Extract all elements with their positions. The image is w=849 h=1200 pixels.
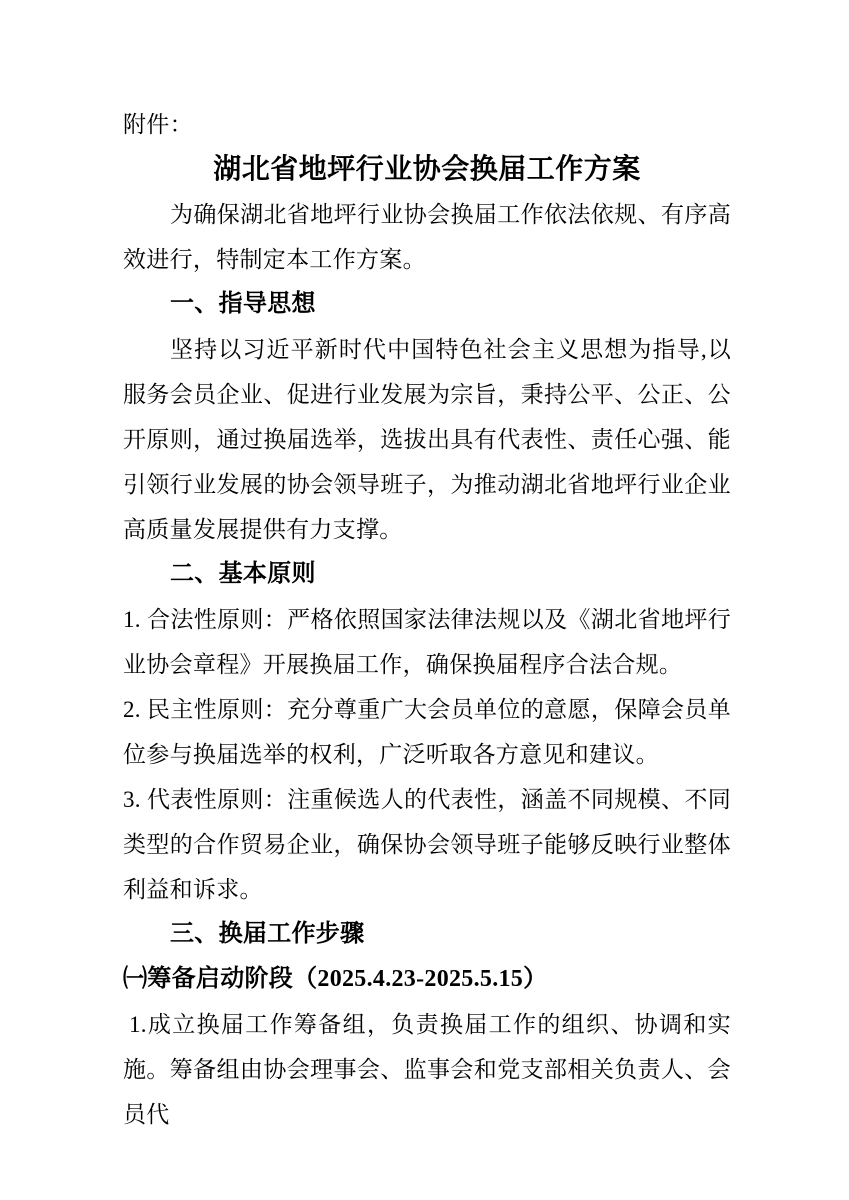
intro-paragraph: 为确保湖北省地坪行业协会换届工作依法依规、有序高效进行，特制定本工作方案。 <box>123 192 731 282</box>
document-title: 湖北省地坪行业协会换届工作方案 <box>123 147 731 192</box>
attachment-label: 附件： <box>123 102 731 147</box>
principle-item-representativeness: 3. 代表性原则：注重候选人的代表性，涵盖不同规模、不同类型的合作贸易企业，确保… <box>123 777 731 912</box>
paragraph-guiding-ideology: 坚持以习近平新时代中国特色社会主义思想为指导,以服务会员企业、促进行业发展为宗旨… <box>123 327 731 552</box>
heading-work-steps: 三、换届工作步骤 <box>123 912 731 957</box>
principle-item-legality: 1. 合法性原则：严格依照国家法律法规以及《湖北省地坪行业协会章程》开展换届工作… <box>123 597 731 687</box>
principle-item-democracy: 2. 民主性原则：充分尊重广大会员单位的意愿，保障会员单位参与换届选举的权利，广… <box>123 687 731 777</box>
document-page: 附件： 湖北省地坪行业协会换届工作方案 为确保湖北省地坪行业协会换届工作依法依规… <box>0 0 849 1200</box>
subheading-preparation-phase: ㈠筹备启动阶段（2025.4.23-2025.5.15） <box>123 957 731 1002</box>
heading-guiding-ideology: 一、指导思想 <box>123 282 731 327</box>
paragraph-preparation-step-1: 1.成立换届工作筹备组，负责换届工作的组织、协调和实施。筹备组由协会理事会、监事… <box>123 1002 731 1137</box>
document-content: 附件： 湖北省地坪行业协会换届工作方案 为确保湖北省地坪行业协会换届工作依法依规… <box>123 102 731 1137</box>
heading-basic-principles: 二、基本原则 <box>123 552 731 597</box>
